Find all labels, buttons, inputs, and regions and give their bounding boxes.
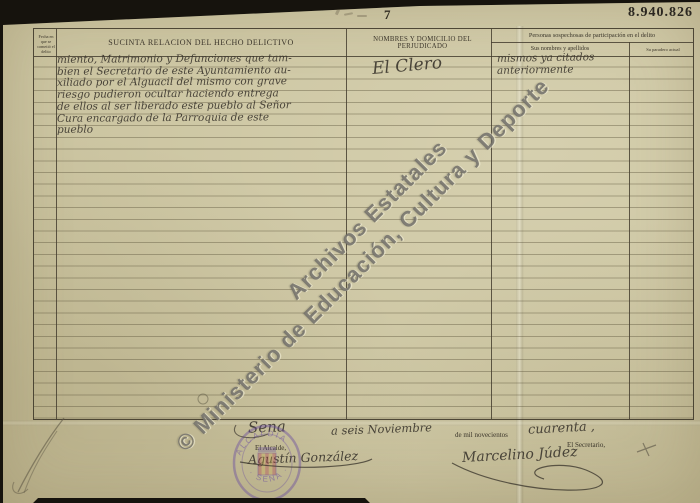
- secretario-signature: Marcelino Júdez: [462, 444, 578, 466]
- handwritten-hecho-entry: miento, Matrimonio y Defunciones que tam…: [57, 54, 292, 136]
- municipal-stamp: ALCALDIA · SENA ·: [227, 423, 307, 503]
- handwritten-day: a seis Noviembre: [331, 420, 432, 438]
- svg-text:ALCALDIA: ALCALDIA: [234, 429, 289, 457]
- subcolumn-header-paradero: Su paradero actual: [629, 42, 697, 56]
- pencil-mark: [335, 9, 340, 16]
- pencil-mark: [344, 12, 353, 16]
- scanned-document-page: 7 8.940.826 Fecha en que se cometió el d…: [0, 0, 700, 503]
- subcolumn-divider: [629, 42, 630, 419]
- pencil-mark: [357, 15, 367, 17]
- serial-number-stamp: 8.940.826: [628, 5, 693, 21]
- column-divider: [491, 29, 492, 419]
- column-header-fecha: Fecha en que se cometió el delito: [34, 29, 58, 58]
- page-number-stamp: 7: [384, 7, 391, 23]
- column-header-sospechosos: Personas sospechosas de participación en…: [491, 29, 693, 42]
- column-header-perjudicado: NOMBRES Y DOMICILIO DEL PERJUDICADO: [346, 29, 499, 56]
- handwritten-line: anteriormente: [497, 64, 595, 77]
- column-divider: [346, 29, 347, 419]
- printed-date-fragment: de mil novecientos: [455, 431, 508, 439]
- handwritten-sospechosos: mismos ya citados anteriormente: [497, 53, 594, 76]
- handwritten-year: cuarenta ,: [528, 419, 596, 437]
- stamp-arc-top-text: ALCALDIA: [234, 429, 289, 457]
- handwritten-line: pueblo: [57, 123, 292, 136]
- stamp-shield: [258, 453, 276, 475]
